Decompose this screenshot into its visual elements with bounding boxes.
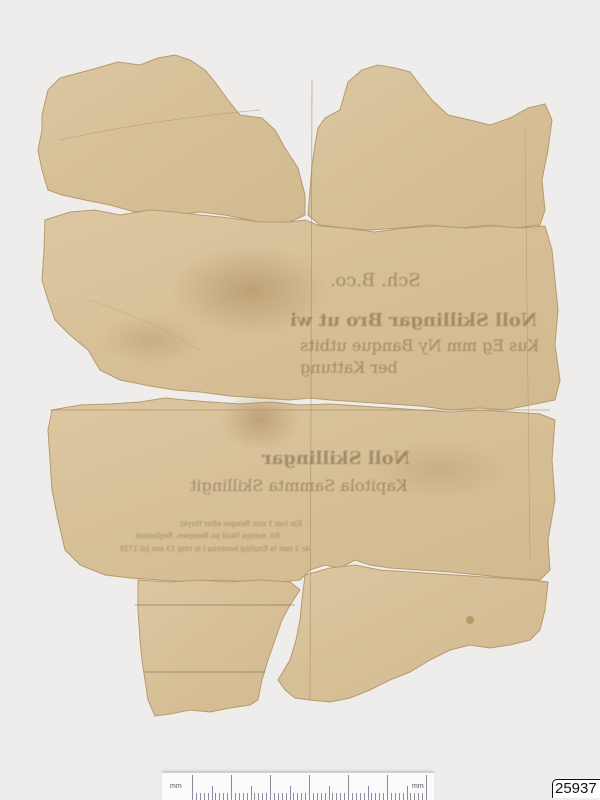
ruler-tick [235, 793, 236, 800]
paper-fragment-bottom-left [138, 580, 300, 716]
scale-ruler: mm mm [162, 771, 434, 800]
ruler-tick [251, 786, 252, 800]
ruler-tick [215, 793, 216, 800]
ruler-tick [278, 793, 279, 800]
ruler-tick [309, 775, 310, 800]
show-through-line-5: Noll Skillingar [262, 448, 410, 469]
ruler-tick [196, 793, 197, 800]
ruler-tick [426, 775, 427, 800]
ruler-tick [321, 793, 322, 800]
ruler-unit-left: mm [170, 783, 182, 790]
show-through-line-2: Noll Skillingar Bro ut wi [290, 310, 537, 331]
ruler-tick [293, 793, 294, 800]
ruler-tick [325, 793, 326, 800]
show-through-small-1: Ein lom 1 nun Banque efter thrykt [180, 520, 302, 528]
ruler-tick [383, 793, 384, 800]
ruler-tick [270, 775, 271, 800]
ruler-ticks [192, 773, 405, 800]
catalog-number: 25937 [552, 779, 600, 798]
ruler-tick [395, 793, 396, 800]
torn-paper-document [0, 0, 600, 800]
paper-fragment-top-right [308, 65, 552, 230]
ruler-tick [332, 793, 333, 800]
ruler-tick [297, 793, 298, 800]
ruler-tick [340, 793, 341, 800]
ruler-tick [227, 793, 228, 800]
ruler-tick [364, 793, 365, 800]
ruler-tick [352, 793, 353, 800]
ruler-tick [399, 793, 400, 800]
ruler-tick [200, 793, 201, 800]
ruler-tick [387, 775, 388, 800]
ruler-tick [317, 793, 318, 800]
ruler-tick [266, 793, 267, 800]
ruler-tick [410, 793, 411, 800]
ruler-tick [212, 786, 213, 800]
show-through-line-6: Kapitola Sammta Skillingit [190, 476, 408, 495]
ruler-tick [305, 793, 306, 800]
ruler-tick [262, 793, 263, 800]
ruler-tick [290, 786, 291, 800]
ruler-unit-right: mm [412, 783, 424, 790]
ruler-tick [204, 793, 205, 800]
ruler-tick [371, 793, 372, 800]
ruler-tick [313, 793, 314, 800]
ruler-tick [336, 793, 337, 800]
ruler-tick [231, 775, 232, 800]
ruler-tick [368, 786, 369, 800]
ruler-tick [239, 793, 240, 800]
ruler-tick [356, 793, 357, 800]
show-through-small-3: Ar 3 mnt ts Engling bannyng i m ring 13 … [120, 545, 310, 553]
ruler-tick [391, 793, 392, 800]
ruler-tick [192, 775, 193, 800]
ruler-tick [286, 793, 287, 800]
ruler-tick [258, 793, 259, 800]
photo-stage: Sch. B.co. Noll Skillingar Bro ut wi Kus… [0, 0, 600, 800]
ruler-tick [247, 793, 248, 800]
paper-fragment-top-left [38, 55, 305, 225]
ruler-tick [360, 793, 361, 800]
paper-fragment-bottom-right [278, 565, 548, 702]
ruler-tick [219, 793, 220, 800]
show-through-line-1: Sch. B.co. [330, 270, 421, 291]
show-through-line-4: ber Kattung [300, 358, 398, 377]
ruler-tick [301, 793, 302, 800]
ruler-tick [274, 793, 275, 800]
ruler-tick [407, 786, 408, 800]
ruler-tick [379, 793, 380, 800]
ruler-tick [414, 793, 415, 800]
ruler-tick [223, 793, 224, 800]
show-through-line-3: Kus Eg mm Ny Banque utbits [300, 336, 539, 355]
ruler-tick [348, 775, 349, 800]
ruler-tick [208, 793, 209, 800]
ruler-tick [375, 793, 376, 800]
ruler-tick [403, 793, 404, 800]
ruler-tick [344, 793, 345, 800]
show-through-small-2: Ed. manga Skull pa Banquen. Reglasmnt [135, 532, 280, 540]
ruler-tick [418, 793, 419, 800]
ruler-tick [282, 793, 283, 800]
ruler-tick [329, 786, 330, 800]
ruler-tick [254, 793, 255, 800]
ruler-tick [422, 793, 423, 800]
ruler-tick [243, 793, 244, 800]
